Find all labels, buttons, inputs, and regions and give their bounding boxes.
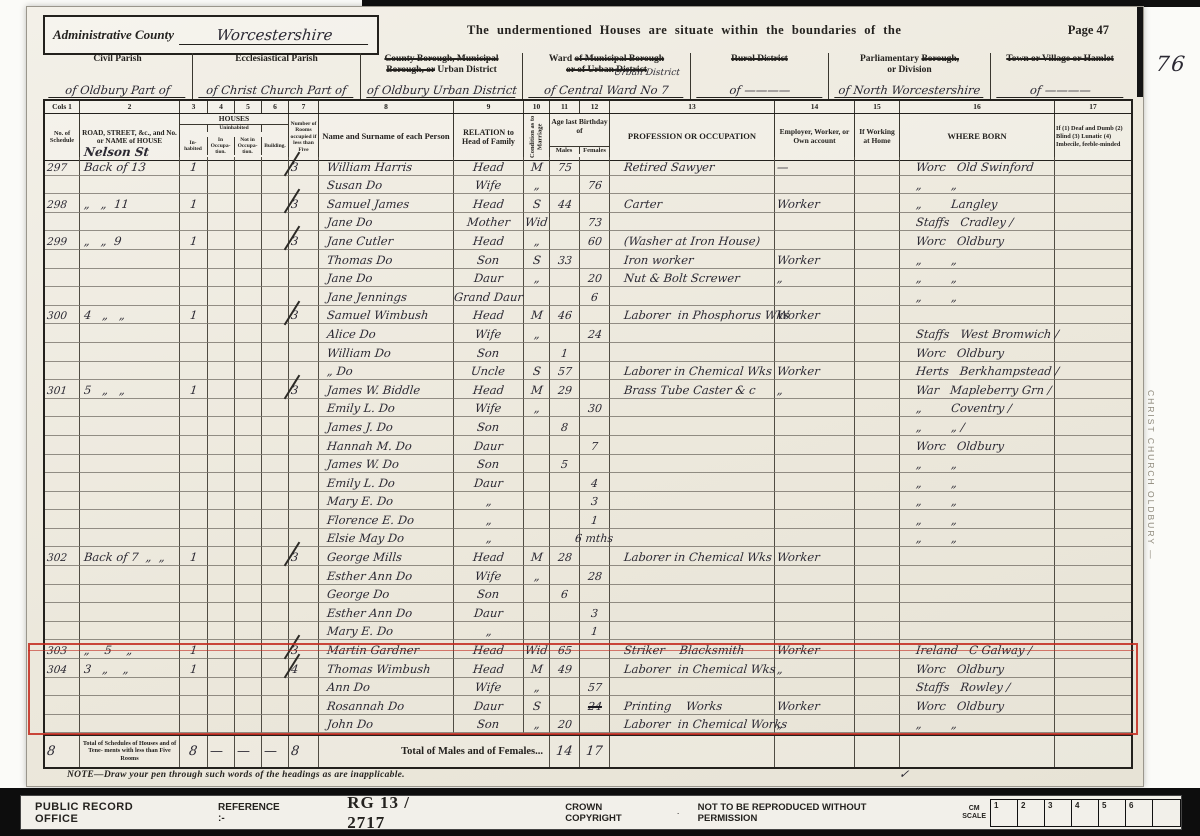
col-profession-header: PROFESSION OR OCCUPATION	[610, 114, 775, 160]
cell-m: 1	[550, 343, 580, 362]
parliamentary-struck: Borough,	[921, 54, 959, 64]
cell-name: Rosannah Do	[319, 696, 454, 715]
cell-text: John Do	[326, 717, 374, 731]
totals-row: 8 Total of Schedules of Houses and of Te…	[43, 734, 1133, 769]
cell-rooms: 3	[289, 194, 319, 213]
cell-u2	[235, 585, 262, 604]
cell-text: 20	[587, 272, 602, 285]
cell-cond: „	[524, 324, 550, 343]
borough-label-struck: County Borough, Municipal	[384, 54, 498, 65]
table-row: Florence E. Do„1„ „	[45, 510, 1131, 529]
column-number-7: 7	[289, 101, 319, 113]
cell-text: Daur	[473, 476, 503, 490]
cell-text: Laborer in Phosphorus Wks	[623, 308, 790, 322]
cell-text: Esther Ann Do	[326, 569, 413, 583]
cell-sched	[45, 529, 80, 548]
table-row: William DoSon1Worc Oldbury	[45, 343, 1131, 362]
cell-name: Alice Do	[319, 324, 454, 343]
cell-rel: Wife	[454, 399, 524, 418]
cell-emp	[775, 287, 855, 306]
cell-rel: Head	[454, 306, 524, 325]
cell-occ	[610, 603, 775, 622]
cell-text: M	[530, 550, 543, 564]
cell-text: 4	[590, 477, 598, 490]
cell-rooms	[289, 436, 319, 455]
parliamentary-box: Parliamentary Borough, or Division of No…	[829, 53, 991, 99]
cell-born: „ „	[900, 473, 1055, 492]
col-infirmity-header: If (1) Deaf and Dumb (2) Blind (3) Lunat…	[1055, 114, 1131, 160]
cell-cond: „	[524, 566, 550, 585]
cell-inh	[180, 715, 208, 734]
cell-inf	[1055, 622, 1131, 641]
cell-bld	[262, 250, 289, 269]
ward-struck1: of Municipal Borough	[575, 54, 665, 64]
cell-inh	[180, 473, 208, 492]
cell-sched	[45, 436, 80, 455]
cell-home	[855, 473, 900, 492]
cell-text: Son	[477, 587, 501, 601]
cell-bld	[262, 287, 289, 306]
cell-home	[855, 436, 900, 455]
cell-home	[855, 510, 900, 529]
civil-parish-box: Civil Parish of Oldbury Part of	[43, 53, 193, 99]
cell-bld	[262, 510, 289, 529]
cell-cond: M	[524, 157, 550, 176]
cell-inh	[180, 269, 208, 288]
cell-f	[580, 380, 610, 399]
cell-text: Daur	[473, 439, 503, 453]
cell-text: 49	[557, 663, 572, 676]
col-road-label: ROAD, STREET, &c., and No. or NAME of HO…	[81, 129, 178, 146]
cell-inh	[180, 603, 208, 622]
cell-sched	[45, 473, 80, 492]
cell-born: „ „	[900, 455, 1055, 474]
cell-text: 4 „ „	[83, 308, 126, 322]
cell-m	[550, 492, 580, 511]
in-occupation-label: In Occupa- tion.	[208, 137, 235, 156]
cell-inh	[180, 287, 208, 306]
cell-text: „	[776, 662, 783, 676]
cell-sched	[45, 417, 80, 436]
table-row: James W. DoSon5„ „	[45, 455, 1131, 474]
pro-reference-bar: PUBLIC RECORD OFFICE REFERENCE :- RG 13 …	[20, 795, 1182, 830]
cell-inf	[1055, 417, 1131, 436]
cell-inh	[180, 696, 208, 715]
cell-text: „	[485, 531, 492, 545]
cell-sched: 304	[45, 659, 80, 678]
scale-cell-5: 5	[1099, 800, 1126, 826]
cell-home	[855, 231, 900, 250]
cell-name: Esther Ann Do	[319, 603, 454, 622]
cell-born: Worc Oldbury	[900, 436, 1055, 455]
cell-sched: 299	[45, 231, 80, 250]
cell-text: James W. Do	[326, 457, 399, 471]
column-numbers-row: Cols 1234567891011121314151617	[45, 101, 1131, 114]
cell-name: Ann Do	[319, 678, 454, 697]
cell-text: Wife	[475, 569, 503, 583]
cell-text: Emily L. Do	[326, 476, 395, 490]
cell-cond	[524, 436, 550, 455]
cell-emp: Worker	[775, 306, 855, 325]
cell-home	[855, 678, 900, 697]
cell-bld	[262, 399, 289, 418]
column-labels-row: No. of Schedule ROAD, STREET, &c., and N…	[45, 114, 1131, 160]
cell-inf	[1055, 399, 1131, 418]
cell-inf	[1055, 213, 1131, 232]
cell-text: 57	[587, 681, 602, 694]
cell-text: 8	[560, 421, 568, 434]
cell-addr	[80, 213, 180, 232]
table-row: Mary E. Do„3„ „	[45, 492, 1131, 511]
cell-u1	[208, 324, 235, 343]
cell-sched: 302	[45, 547, 80, 566]
cell-m	[550, 399, 580, 418]
cell-u2	[235, 231, 262, 250]
cell-sched	[45, 213, 80, 232]
margin-stamp: CHRIST CHURCH OLDBURY —	[1146, 390, 1156, 561]
highlight-line	[28, 650, 1134, 651]
cell-emp	[775, 213, 855, 232]
cell-text: War Mapleberry Grn /	[915, 383, 1052, 397]
cell-bld	[262, 603, 289, 622]
cell-inh	[180, 585, 208, 604]
cell-text: „	[485, 494, 492, 508]
cell-born: Worc Oldbury	[900, 659, 1055, 678]
cell-sched	[45, 510, 80, 529]
cell-occ	[610, 473, 775, 492]
total-blank-17	[1055, 736, 1131, 767]
cell-emp	[775, 529, 855, 548]
table-row: Jane DoMotherWid73Staffs Cradley /	[45, 213, 1131, 232]
cell-text: 4	[290, 662, 299, 676]
cell-occ: Laborer in Chemical Wks	[610, 659, 775, 678]
cell-inh	[180, 436, 208, 455]
cell-occ	[610, 622, 775, 641]
total-schedules-value: 8	[45, 736, 80, 767]
table-row: John DoSon„20Laborer in Chemical Works„„…	[45, 715, 1131, 734]
cell-text: „ „ 11	[83, 197, 129, 211]
cell-rel: „	[454, 510, 524, 529]
cell-born: „ „	[900, 510, 1055, 529]
cell-text: James J. Do	[326, 420, 393, 434]
cell-rooms: 3	[289, 380, 319, 399]
cell-m	[550, 622, 580, 641]
cell-text: Mary E. Do	[326, 624, 394, 638]
cell-text: 30	[587, 402, 602, 415]
cell-sched	[45, 250, 80, 269]
cell-inf	[1055, 343, 1131, 362]
cell-text: Emily L. Do	[326, 401, 395, 415]
cell-text: Staffs Rowley /	[915, 680, 1011, 694]
cell-m	[550, 287, 580, 306]
cell-name: George Mills	[319, 547, 454, 566]
cell-text: Daur	[473, 606, 503, 620]
cell-text: S	[532, 253, 541, 267]
cell-name: Mary E. Do	[319, 622, 454, 641]
cell-inh: 1	[180, 231, 208, 250]
cell-text: James W. Biddle	[326, 383, 421, 397]
cell-f: 6	[580, 287, 610, 306]
cell-text: Worker	[776, 699, 820, 713]
cell-u2	[235, 417, 262, 436]
cell-text: Worker	[776, 308, 820, 322]
cell-m: 57	[550, 362, 580, 381]
column-number-9: 9	[454, 101, 524, 113]
cell-occ	[610, 176, 775, 195]
cell-text: 300	[46, 310, 67, 322]
cell-name: James J. Do	[319, 417, 454, 436]
cell-u1	[208, 473, 235, 492]
col-condition-header: Condition as to Marriage	[524, 114, 550, 160]
cell-home	[855, 194, 900, 213]
cell-text: Staffs West Bromwich /	[915, 327, 1059, 341]
cell-born: „ „	[900, 529, 1055, 548]
cell-f	[580, 715, 610, 734]
cell-text: Iron worker	[623, 253, 694, 267]
cell-home	[855, 696, 900, 715]
cell-name: Samuel James	[319, 194, 454, 213]
cell-u1	[208, 678, 235, 697]
cell-name: Jane Do	[319, 269, 454, 288]
cell-u2	[235, 194, 262, 213]
cell-text: Jane Do	[326, 271, 373, 285]
cell-addr	[80, 362, 180, 381]
cell-cond: Wid	[524, 213, 550, 232]
cell-sched	[45, 678, 80, 697]
cell-name: Susan Do	[319, 176, 454, 195]
cell-text: 6	[590, 291, 598, 304]
cell-u1	[208, 399, 235, 418]
cell-text: 3	[290, 234, 299, 248]
borough-label-struck2: Borough, or	[386, 65, 435, 75]
cell-text: Worc Old Swinford	[915, 160, 1034, 174]
cell-occ	[610, 436, 775, 455]
cell-text: 1	[189, 383, 198, 397]
cell-rel: Daur	[454, 696, 524, 715]
cell-cond: M	[524, 659, 550, 678]
cell-inf	[1055, 678, 1131, 697]
cell-text: „ „	[915, 178, 958, 192]
cell-text: S	[532, 197, 541, 211]
cell-text: Wife	[475, 401, 503, 415]
cell-rel: Head	[454, 157, 524, 176]
cell-text: Laborer in Chemical Works	[623, 717, 788, 731]
cell-inf	[1055, 510, 1131, 529]
cell-born: „ Langley	[900, 194, 1055, 213]
total-rooms: 8	[289, 736, 319, 767]
cell-occ	[610, 343, 775, 362]
borough-label-kept: Urban District	[435, 65, 497, 75]
cell-addr: Back of 7 „ „	[80, 547, 180, 566]
cell-u2	[235, 547, 262, 566]
cell-u1	[208, 380, 235, 399]
cell-inh: 1	[180, 547, 208, 566]
cell-u1	[208, 715, 235, 734]
cell-text: Back of 7 „ „	[83, 550, 166, 564]
cell-bld	[262, 436, 289, 455]
total-schedules-label: Total of Schedules of Houses and of Tene…	[80, 736, 180, 767]
pro-reference-label: REFERENCE :-	[218, 802, 287, 824]
cell-inh	[180, 417, 208, 436]
cell-text: 303	[46, 645, 67, 657]
cell-occ	[610, 529, 775, 548]
cell-cond	[524, 603, 550, 622]
cell-born: „ „ /	[900, 417, 1055, 436]
cell-text: „	[533, 717, 540, 731]
cell-text: „ „	[915, 290, 958, 304]
cell-born: Staffs Rowley /	[900, 678, 1055, 697]
cell-text: 44	[557, 198, 572, 211]
cell-bld	[262, 324, 289, 343]
cell-cond	[524, 529, 550, 548]
cell-f: 30	[580, 399, 610, 418]
cell-inf	[1055, 250, 1131, 269]
col-name-header: Name and Surname of each Person	[319, 114, 454, 160]
cell-inf	[1055, 603, 1131, 622]
cell-addr	[80, 269, 180, 288]
cell-text: Worc Oldbury	[915, 662, 1005, 676]
cell-rel: Daur	[454, 269, 524, 288]
cell-emp	[775, 231, 855, 250]
cell-inf	[1055, 715, 1131, 734]
cell-inf	[1055, 659, 1131, 678]
inhabited-label: In- habited	[180, 137, 208, 156]
cell-inh: 1	[180, 157, 208, 176]
cell-u2	[235, 250, 262, 269]
column-number-8: 8	[319, 101, 454, 113]
cell-text: Worker	[776, 364, 820, 378]
town-village-box: Town or Village or Hamlet of ————	[991, 53, 1129, 99]
cell-born	[900, 566, 1055, 585]
cell-text: 28	[557, 551, 572, 564]
column-number-10: 10	[524, 101, 550, 113]
cell-u1	[208, 566, 235, 585]
scale-cell-1: 1	[991, 800, 1018, 826]
cell-cond	[524, 510, 550, 529]
total-dash2: —	[235, 736, 262, 767]
cell-born	[900, 585, 1055, 604]
cell-inh: 1	[180, 306, 208, 325]
cell-home	[855, 362, 900, 381]
cell-u2	[235, 324, 262, 343]
cell-text: Carter	[623, 197, 663, 211]
cell-emp	[775, 510, 855, 529]
column-number-4: 4	[208, 101, 235, 113]
cell-u1	[208, 362, 235, 381]
cell-occ: Brass Tube Caster & c	[610, 380, 775, 399]
cell-text: Head	[472, 550, 505, 564]
cell-u2	[235, 715, 262, 734]
cell-addr	[80, 715, 180, 734]
town-village-label: Town or Village or Hamlet	[1006, 54, 1114, 65]
cell-emp	[775, 603, 855, 622]
cell-sched	[45, 455, 80, 474]
cell-born: „ Coventry /	[900, 399, 1055, 418]
cell-rel: Son	[454, 250, 524, 269]
cell-emp	[775, 473, 855, 492]
cell-emp: Worker	[775, 696, 855, 715]
table-row: „ DoUncleS57Laborer in Chemical WksWorke…	[45, 362, 1131, 381]
cell-sched: 301	[45, 380, 80, 399]
cell-text: Worker	[776, 197, 820, 211]
cell-m	[550, 603, 580, 622]
cell-text: Samuel James	[326, 197, 410, 211]
table-row: Ann DoWife„57Staffs Rowley /	[45, 678, 1131, 697]
cell-rooms	[289, 324, 319, 343]
cell-text: Mary E. Do	[326, 494, 394, 508]
cell-occ: (Washer at Iron House)	[610, 231, 775, 250]
cell-text: Mother	[466, 215, 511, 229]
cell-sched: 298	[45, 194, 80, 213]
cell-rel: Son	[454, 455, 524, 474]
cell-inf	[1055, 696, 1131, 715]
cell-cond: M	[524, 380, 550, 399]
table-row: Esther Ann DoWife„28	[45, 566, 1131, 585]
cell-born	[900, 306, 1055, 325]
table-row: Thomas DoSonS33Iron workerWorker„ „	[45, 250, 1131, 269]
cell-home	[855, 492, 900, 511]
cell-addr: 5 „ „	[80, 380, 180, 399]
cell-u2	[235, 269, 262, 288]
cell-text: „	[533, 178, 540, 192]
scale-cell-7	[1153, 800, 1180, 826]
cell-text: 1	[590, 514, 598, 527]
cell-emp	[775, 399, 855, 418]
table-row: Emily L. DoDaur4„ „	[45, 473, 1131, 492]
table-row: Susan DoWife„76„ „	[45, 176, 1131, 195]
cell-text: 24	[587, 700, 602, 713]
cell-inf	[1055, 176, 1131, 195]
cell-cond	[524, 455, 550, 474]
borough-box: County Borough, Municipal Borough, or Ur…	[361, 53, 523, 99]
scale-cell-6: 6	[1126, 800, 1153, 826]
total-blank-15	[855, 736, 900, 767]
houses-sublabels: In- habited In Occupa- tion. Not in Occu…	[180, 137, 289, 156]
ecclesiastical-parish-box: Ecclesiastical Parish of Christ Church P…	[193, 53, 361, 99]
cell-u2	[235, 473, 262, 492]
cell-u2	[235, 510, 262, 529]
cell-home	[855, 417, 900, 436]
cell-u1	[208, 194, 235, 213]
cell-home	[855, 566, 900, 585]
cell-text: Back of 13	[83, 160, 146, 174]
cell-text: Wife	[475, 680, 503, 694]
cell-text: William Harris	[326, 160, 413, 174]
cell-m: 44	[550, 194, 580, 213]
admin-county-label: Administrative County	[53, 27, 174, 43]
cell-name: Thomas Do	[319, 250, 454, 269]
cell-rooms: 3	[289, 547, 319, 566]
cell-sched	[45, 399, 80, 418]
females-label: Females	[580, 147, 610, 154]
cell-emp	[775, 417, 855, 436]
cell-cond	[524, 585, 550, 604]
cell-home	[855, 547, 900, 566]
cell-rooms	[289, 566, 319, 585]
cell-text: 6	[560, 588, 568, 601]
cell-rooms	[289, 603, 319, 622]
cell-name: Jane Cutler	[319, 231, 454, 250]
cell-cond	[524, 473, 550, 492]
crown-copyright-label: CROWN COPYRIGHT	[565, 802, 658, 824]
cell-text: Retired Sawyer	[623, 160, 715, 174]
cell-addr	[80, 678, 180, 697]
cell-inh	[180, 399, 208, 418]
cell-text: 5 „ „	[83, 383, 126, 397]
cell-text: 73	[587, 216, 602, 229]
col-road-header: ROAD, STREET, &c., and No. or NAME of HO…	[80, 114, 180, 160]
cell-born: Worc Oldbury	[900, 696, 1055, 715]
